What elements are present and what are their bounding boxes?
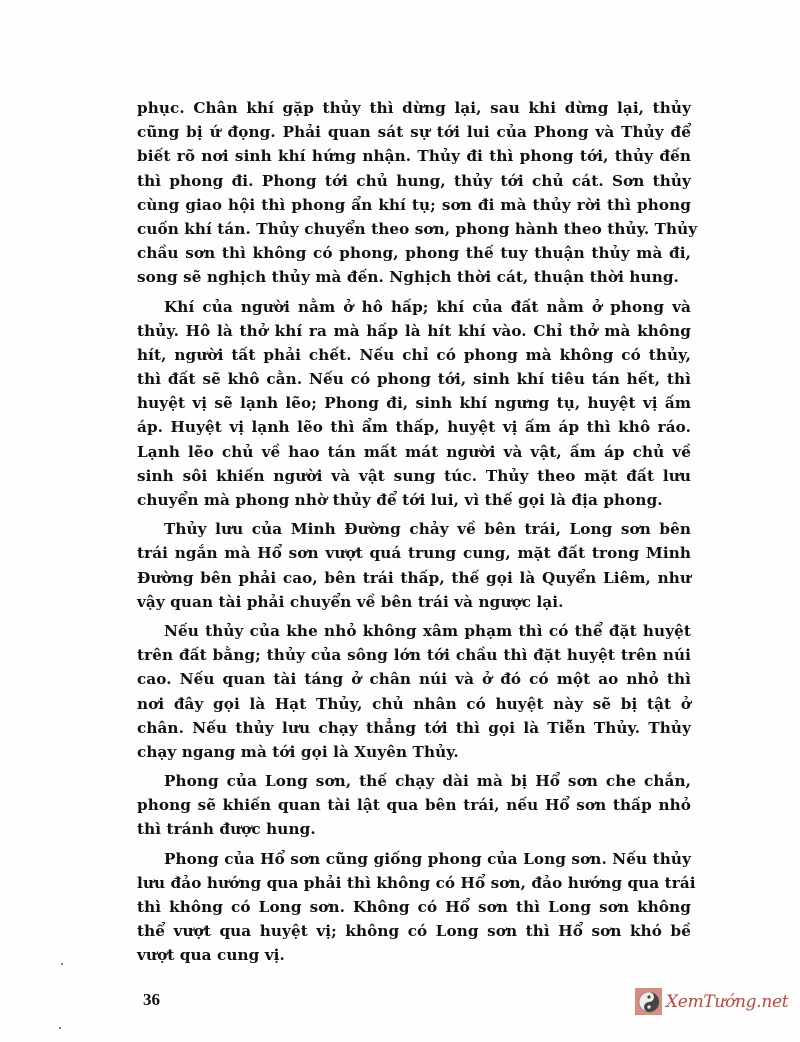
text-line: Phong của Long sơn, thế chạy dài mà bị H… — [137, 769, 691, 793]
text-line: thì tránh được hung. — [137, 817, 691, 841]
paragraph: Nếu thủy của khe nhỏ không xâm phạm thì … — [137, 619, 691, 764]
text-line: phong sẽ khiến quan tài lật qua bên trái… — [137, 793, 691, 817]
text-line: cũng bị ứ đọng. Phải quan sát sự tới lui… — [137, 120, 691, 144]
text-line: cao. Nếu quan tài táng ở chân núi và ở đ… — [137, 667, 691, 691]
paragraph: Phong của Long sơn, thế chạy dài mà bị H… — [137, 769, 691, 842]
text-line: chuyển mà phong nhờ thủy để tới lui, vì … — [137, 488, 691, 512]
text-line: sinh sôi khiến người và vật sung túc. Th… — [137, 464, 691, 488]
text-line: lưu đảo hướng qua phải thì không có Hổ s… — [137, 871, 691, 895]
text-line: thì không có Long sơn. Không có Hổ sơn t… — [137, 895, 691, 919]
book-page: phục. Chân khí gặp thủy thì dừng lại, sa… — [0, 0, 800, 1042]
text-line: cuốn khí tán. Thủy chuyển theo sơn, phon… — [137, 217, 691, 241]
text-line: thể vượt qua huyệt vị; không có Long sơn… — [137, 919, 691, 943]
text-line: trên đất bằng; thủy của sông lớn tới chầ… — [137, 643, 691, 667]
yin-yang-icon — [635, 988, 662, 1015]
text-line: chạy ngang mà tới gọi là Xuyên Thủy. — [137, 740, 691, 764]
scan-speck — [59, 1027, 61, 1029]
text-line: thì phong đi. Phong tới chủ hung, thủy t… — [137, 169, 691, 193]
text-line: chầu sơn thì không có phong, phong thế t… — [137, 241, 691, 265]
text-line: Nếu thủy của khe nhỏ không xâm phạm thì … — [137, 619, 691, 643]
text-line: thì đất sẽ khô cằn. Nếu có phong tới, si… — [137, 367, 691, 391]
text-line: áp. Huyệt vị lạnh lẽo thì ẩm thấp, huyệt… — [137, 415, 691, 439]
text-line: thủy. Hô là thở khí ra mà hấp là hít khí… — [137, 319, 691, 343]
scan-speck — [61, 963, 63, 965]
text-line: song sẽ nghịch thủy mà đến. Nghịch thời … — [137, 265, 691, 289]
text-line: trái ngắn mà Hổ sơn vượt quá trung cung,… — [137, 541, 691, 565]
text-line: Lạnh lẽo chủ về hao tán mất mát người và… — [137, 440, 691, 464]
text-line: biết rõ nơi sinh khí hứng nhận. Thủy đi … — [137, 144, 691, 168]
text-line: Khí của người nằm ở hô hấp; khí của đất … — [137, 295, 691, 319]
text-line: chân. Nếu thủy lưu chạy thẳng tới thì gọ… — [137, 716, 691, 740]
paragraph: Thủy lưu của Minh Đường chảy về bên trái… — [137, 517, 691, 614]
text-line: hít, người tất phải chết. Nếu chỉ có pho… — [137, 343, 691, 367]
page-number: 36 — [143, 990, 160, 1010]
site-watermark: XemTướng.net — [635, 988, 788, 1015]
paragraph: Phong của Hổ sơn cũng giống phong của Lo… — [137, 847, 691, 968]
text-line: Đường bên phải cao, bên trái thấp, thế g… — [137, 566, 691, 590]
text-line: Thủy lưu của Minh Đường chảy về bên trái… — [137, 517, 691, 541]
watermark-text: XemTướng.net — [666, 992, 788, 1012]
text-line: vậy quan tài phải chuyển về bên trái và … — [137, 590, 691, 614]
text-line: huyệt vị sẽ lạnh lẽo; Phong đi, sinh khí… — [137, 391, 691, 415]
text-line: cùng giao hội thì phong ẩn khí tụ; sơn đ… — [137, 193, 691, 217]
text-line: vượt qua cung vị. — [137, 943, 691, 967]
text-line: nơi đây gọi là Hạt Thủy, chủ nhân có huy… — [137, 692, 691, 716]
paragraph: Khí của người nằm ở hô hấp; khí của đất … — [137, 295, 691, 513]
text-line: Phong của Hổ sơn cũng giống phong của Lo… — [137, 847, 691, 871]
text-line: phục. Chân khí gặp thủy thì dừng lại, sa… — [137, 96, 691, 120]
paragraph: phục. Chân khí gặp thủy thì dừng lại, sa… — [137, 96, 691, 290]
page-body-text: phục. Chân khí gặp thủy thì dừng lại, sa… — [137, 96, 691, 973]
